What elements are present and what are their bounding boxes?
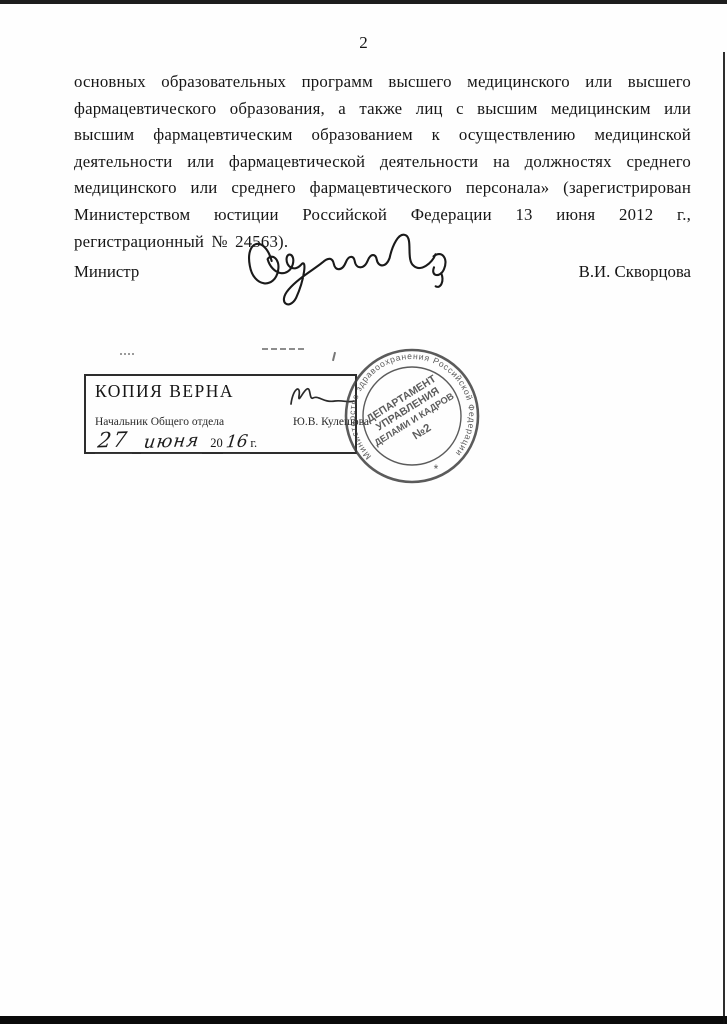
date-day: 27 bbox=[96, 427, 130, 452]
date-century: 20 bbox=[210, 436, 223, 450]
page-number: 2 bbox=[0, 33, 727, 53]
copy-verified-title: КОПИЯ ВЕРНА bbox=[95, 381, 234, 402]
date-year: 16 bbox=[224, 432, 248, 453]
scan-edge-bottom bbox=[0, 1016, 727, 1024]
scanned-document-page: 2 основных образовательных программ высш… bbox=[0, 0, 727, 1024]
scan-artifact bbox=[120, 353, 134, 355]
scan-artifact bbox=[262, 348, 304, 350]
date-month: июня bbox=[142, 430, 200, 453]
date-year-suffix: г. bbox=[250, 436, 257, 450]
minister-title: Министр bbox=[74, 262, 139, 282]
certification-date: 27 июня 2016г. bbox=[95, 428, 351, 454]
certifier-title: Начальник Общего отдела bbox=[95, 416, 224, 428]
scan-edge-right bbox=[723, 52, 725, 1024]
round-stamp: Министерство здравоохранения Российской … bbox=[341, 345, 483, 487]
stamp-star-icon: * bbox=[434, 462, 439, 476]
minister-signature-icon bbox=[237, 224, 480, 314]
minister-name: В.И. Скворцова bbox=[579, 262, 691, 282]
scan-artifact bbox=[332, 352, 336, 361]
scan-edge-top bbox=[0, 0, 727, 4]
